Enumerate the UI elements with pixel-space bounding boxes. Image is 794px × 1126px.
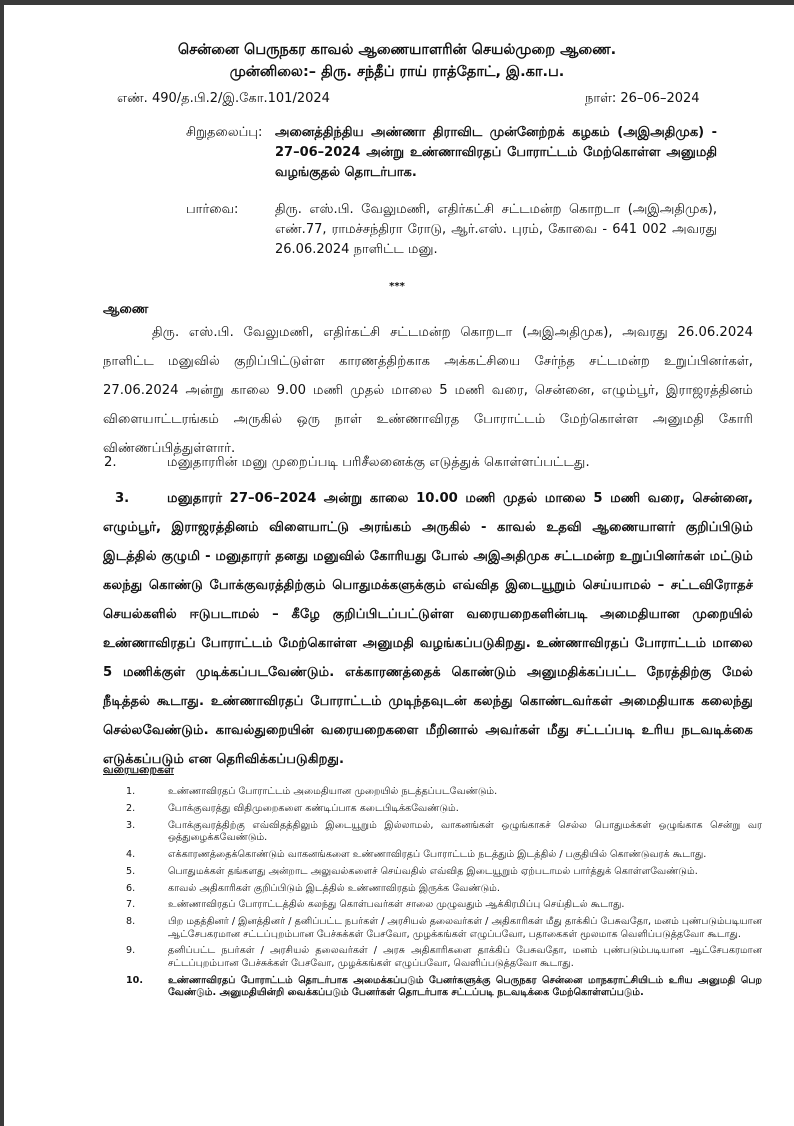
scan-border-left — [0, 0, 4, 1126]
paragraph-3-number: 3. — [103, 484, 167, 513]
restriction-text: பொதுமக்கள் தங்களது அன்றாட அலுவல்களைச் செ… — [168, 866, 762, 879]
restriction-text: உண்ணாவிரதப் போராட்டத்தில் கலந்து கொள்பவர… — [168, 899, 762, 912]
restriction-item: 5.பொதுமக்கள் தங்களது அன்றாட அலுவல்களைச் … — [112, 866, 762, 879]
paragraph-3-text: மனுதாரர் 27–06–2024 அன்று காலை 10.00 மணி… — [103, 491, 753, 767]
reference-letter-label: பார்வை: — [186, 202, 238, 218]
order-paragraph-1: திரு. எஸ்.பி. வேலுமணி, எதிர்கட்சி சட்டமன… — [103, 318, 753, 463]
restriction-text: உண்ணாவிரதப் போராட்டம் தொடர்பாக அமைக்கப்ப… — [168, 975, 762, 1000]
restriction-text: உண்ணாவிரதப் போராட்டம் அமைதியான முறையில் … — [168, 786, 762, 799]
document-date: நாள்: 26–06–2024 — [585, 91, 700, 107]
restriction-number: 1. — [112, 786, 168, 799]
restriction-item: 6.காவல் அதிகாரிகள் குறிப்பிடும் இடத்தில்… — [112, 883, 762, 896]
restriction-item: 3.போக்குவரத்திற்கு எவ்விதத்திலும் இடையூற… — [112, 820, 762, 845]
restriction-item: 4.எக்காரணத்தைக்கொண்டும் வாகனங்களை உண்ணாவ… — [112, 849, 762, 862]
restriction-number: 4. — [112, 849, 168, 862]
restriction-item: 7.உண்ணாவிரதப் போராட்டத்தில் கலந்து கொள்ப… — [112, 899, 762, 912]
order-paragraph-3: 3.மனுதாரர் 27–06–2024 அன்று காலை 10.00 ம… — [103, 484, 753, 774]
restriction-item: 1.உண்ணாவிரதப் போராட்டம் அமைதியான முறையில… — [112, 786, 762, 799]
subject-text: அனைத்திந்திய அண்ணா திராவிட முன்னேற்றக் க… — [275, 123, 717, 183]
restriction-text: பிற மதத்தினர் / இனத்தினர் / தனிப்பட்ட நப… — [168, 916, 762, 941]
document-title: சென்னை பெருநகர காவல் ஆணையாளரின் செயல்முற… — [0, 42, 794, 60]
presence-line: முன்னிலை:– திரு. சந்தீப் ராய் ராத்தோட், … — [0, 64, 794, 82]
restriction-number: 10. — [112, 975, 168, 1000]
reference-number: எண். 490/த.பி.2/இ.கோ.101/2024 — [117, 91, 330, 107]
scan-border-top — [0, 0, 794, 5]
restriction-item: 8.பிற மதத்தினர் / இனத்தினர் / தனிப்பட்ட … — [112, 916, 762, 941]
reference-letter-text: திரு. எஸ்.பி. வேலுமணி, எதிர்கட்சி சட்டமன… — [275, 200, 717, 260]
restriction-text: போக்குவரத்திற்கு எவ்விதத்திலும் இடையூறும… — [168, 820, 762, 845]
restriction-item: 10.உண்ணாவிரதப் போராட்டம் தொடர்பாக அமைக்க… — [112, 975, 762, 1000]
order-heading: ஆணை — [103, 302, 148, 318]
restriction-number: 5. — [112, 866, 168, 879]
subject-label: சிறுதலைப்பு: — [186, 125, 262, 141]
restriction-item: 9.தனிப்பட்ட நபர்கள் / அரசியல் தலைவர்கள் … — [112, 945, 762, 970]
restriction-text: எக்காரணத்தைக்கொண்டும் வாகனங்களை உண்ணாவிர… — [168, 849, 762, 862]
restriction-text: போக்குவரத்து விதிமுறைகளை கண்டிப்பாக கடைப… — [168, 803, 762, 816]
restriction-text: தனிப்பட்ட நபர்கள் / அரசியல் தலைவர்கள் / … — [168, 945, 762, 970]
restriction-number: 6. — [112, 883, 168, 896]
restrictions-list: 1.உண்ணாவிரதப் போராட்டம் அமைதியான முறையில… — [112, 786, 762, 1004]
restriction-number: 8. — [112, 916, 168, 941]
section-separator: *** — [0, 281, 794, 292]
order-paragraph-2: மனுதாரரின் மனு முறைப்படி பரிசீலனைக்கு எட… — [167, 448, 757, 477]
paragraph-2-number: 2. — [104, 448, 117, 477]
restriction-text: காவல் அதிகாரிகள் குறிப்பிடும் இடத்தில் உ… — [168, 883, 762, 896]
restriction-number: 7. — [112, 899, 168, 912]
restriction-number: 2. — [112, 803, 168, 816]
restriction-number: 9. — [112, 945, 168, 970]
restrictions-heading: வரையறைகள் — [103, 763, 174, 778]
restriction-item: 2.போக்குவரத்து விதிமுறைகளை கண்டிப்பாக கட… — [112, 803, 762, 816]
restriction-number: 3. — [112, 820, 168, 845]
